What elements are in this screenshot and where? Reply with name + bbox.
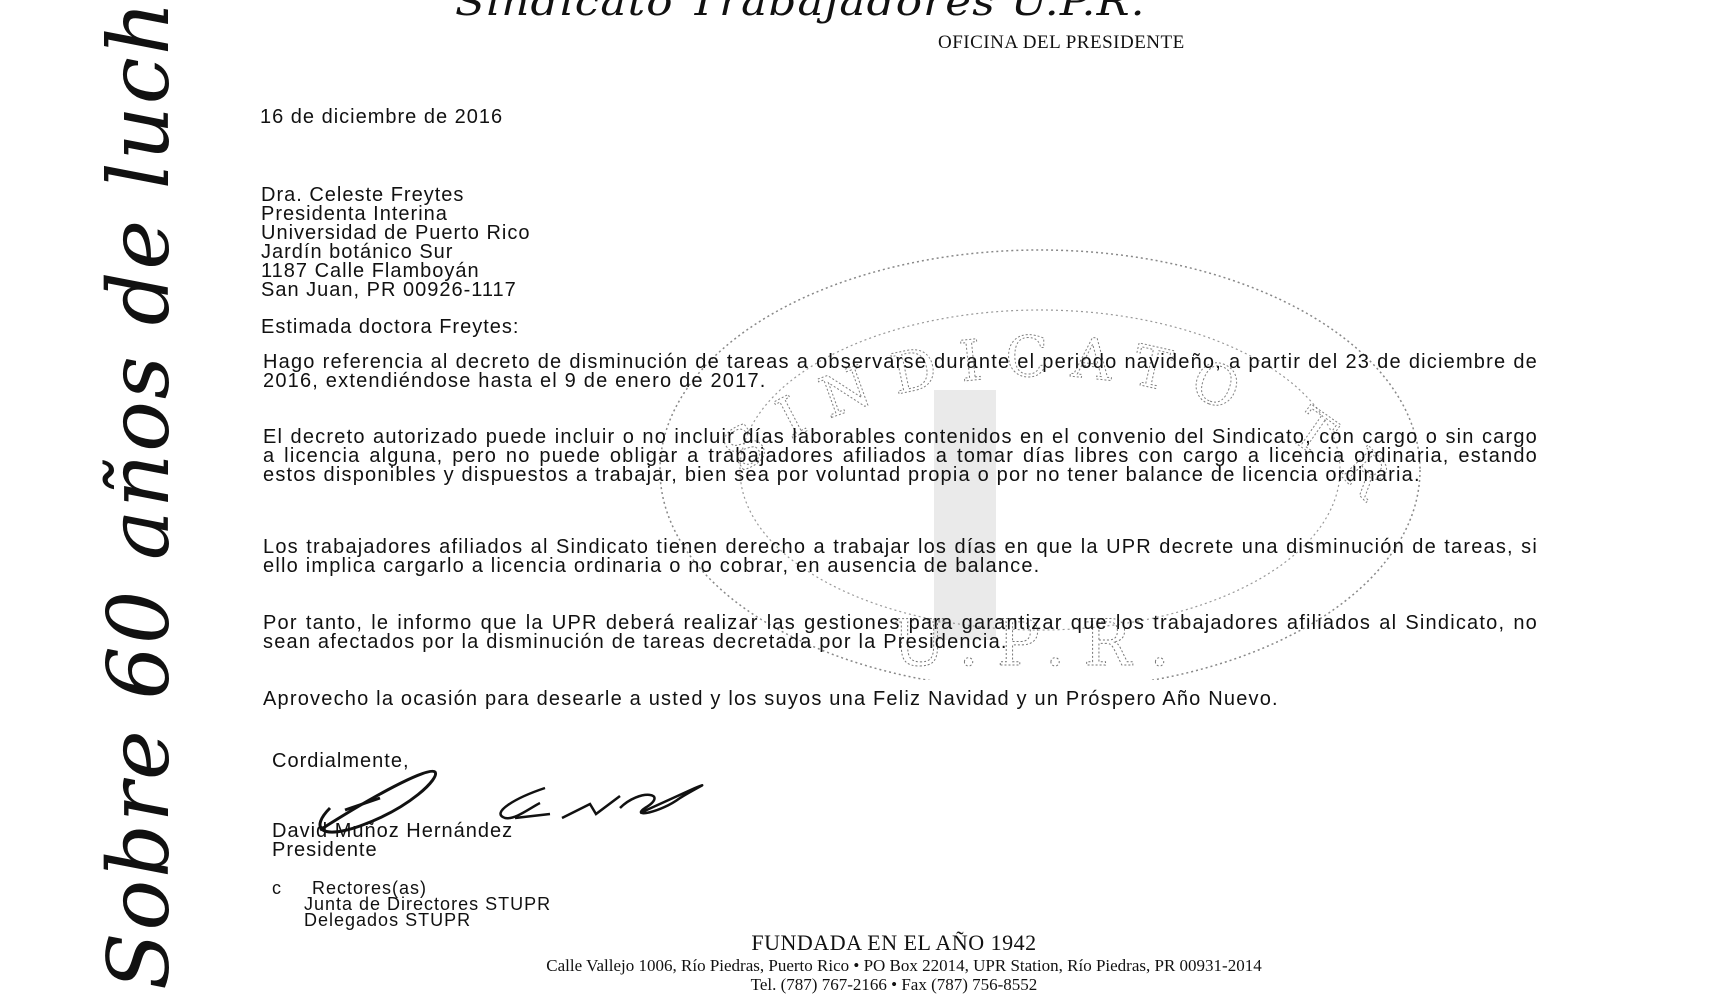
footer-contact: Tel. (787) 767-2166 • Fax (787) 756-8552	[0, 975, 1728, 995]
body-paragraph: Hago referencia al decreto de disminució…	[263, 353, 1538, 391]
body-paragraph: Los trabajadores afiliados al Sindicato …	[263, 538, 1538, 576]
side-motto: Sobre 60 años de lucha sindical	[90, 0, 188, 990]
body-paragraph: Por tanto, le informo que la UPR deberá …	[263, 614, 1538, 652]
salutation: Estimada doctora Freytes:	[261, 318, 519, 337]
recipient-address-block: Dra. Celeste Freytes Presidenta Interina…	[261, 186, 530, 300]
cc-list: Rectores(as) Junta de Directores STUPR D…	[312, 880, 551, 928]
letterhead-office: OFICINA DEL PRESIDENTE	[938, 32, 1185, 54]
body-paragraph: El decreto autorizado puede incluir o no…	[263, 428, 1538, 485]
cc-recipient: Delegados STUPR	[304, 912, 551, 928]
signer-title: Presidente	[272, 841, 513, 860]
body-paragraph: Aprovecho la ocasión para desearle a ust…	[263, 690, 1538, 709]
footer-founded: FUNDADA EN EL AÑO 1942	[0, 930, 1728, 956]
letter-date: 16 de diciembre de 2016	[260, 108, 503, 127]
footer-address: Calle Vallejo 1006, Río Piedras, Puerto …	[0, 956, 1728, 976]
recipient-city-zip: San Juan, PR 00926-1117	[261, 281, 530, 300]
letterhead-organization-name: Sindicato Trabajadores U.P.R.	[455, 0, 1146, 24]
cc-mark: c	[272, 880, 282, 896]
signer-block: David Muñoz Hernández Presidente	[272, 822, 513, 860]
